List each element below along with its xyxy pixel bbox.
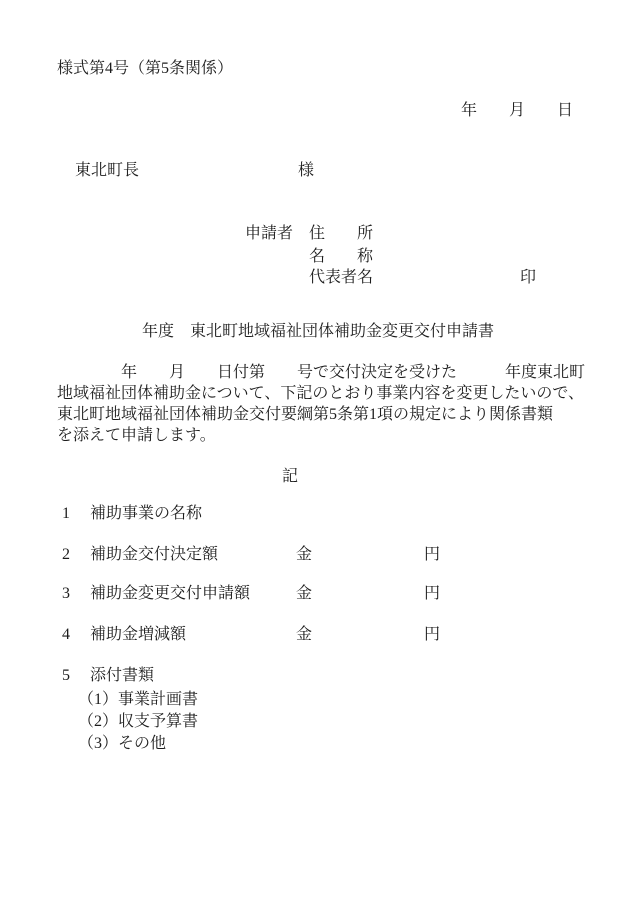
applicant-name-label: 名 称 bbox=[309, 249, 373, 265]
body-paragraph-line: 東北町地域福祉団体補助金交付要綱第5条第1項の規定により関係書類 bbox=[57, 407, 553, 423]
item-2-amount-prefix: 金 bbox=[296, 547, 312, 563]
body-paragraph-line: を添えて申請します。 bbox=[57, 428, 216, 444]
item-5-label: 添付書類 bbox=[90, 668, 154, 684]
item-1-number: 1 bbox=[62, 506, 70, 522]
applicant-representative-label: 代表者名 bbox=[309, 270, 373, 286]
seal-mark: 印 bbox=[520, 270, 536, 286]
attachment-item: （2）収支予算書 bbox=[78, 714, 198, 730]
addressee-name: 東北町長 bbox=[75, 163, 139, 179]
attachment-item: （3）その他 bbox=[78, 736, 166, 752]
item-4-label: 補助金増減額 bbox=[90, 627, 186, 643]
document-title: 年度 東北町地域福祉団体補助金変更交付申請書 bbox=[142, 324, 494, 340]
item-4-number: 4 bbox=[62, 627, 70, 643]
addressee-honorific: 様 bbox=[298, 163, 314, 179]
item-2-amount-unit: 円 bbox=[424, 547, 440, 563]
item-3-amount-prefix: 金 bbox=[296, 586, 312, 602]
item-4-amount-unit: 円 bbox=[424, 627, 440, 643]
item-5-number: 5 bbox=[62, 668, 70, 684]
item-3-number: 3 bbox=[62, 586, 70, 602]
record-marker: 記 bbox=[282, 469, 298, 485]
date-line: 年 月 日 bbox=[461, 103, 573, 119]
form-number: 様式第4号（第5条関係） bbox=[57, 61, 233, 77]
item-2-number: 2 bbox=[62, 547, 70, 563]
body-paragraph-line: 地域福祉団体補助金について、下記のとおり事業内容を変更したいので、 bbox=[57, 386, 584, 402]
item-3-label: 補助金変更交付申請額 bbox=[90, 586, 250, 602]
item-4-amount-prefix: 金 bbox=[296, 627, 312, 643]
attachment-item: （1）事業計画書 bbox=[78, 692, 198, 708]
applicant-address-label: 住 所 bbox=[309, 226, 373, 242]
document-page: 様式第4号（第5条関係） 年 月 日 東北町長 様 申請者 住 所 名 称 代表… bbox=[0, 0, 630, 903]
applicant-label: 申請者 bbox=[245, 226, 293, 242]
item-2-label: 補助金交付決定額 bbox=[90, 547, 218, 563]
item-3-amount-unit: 円 bbox=[424, 586, 440, 602]
body-paragraph-line: 年 月 日付第 号で交付決定を受けた 年度東北町 bbox=[57, 365, 585, 381]
item-1-label: 補助事業の名称 bbox=[90, 506, 202, 522]
